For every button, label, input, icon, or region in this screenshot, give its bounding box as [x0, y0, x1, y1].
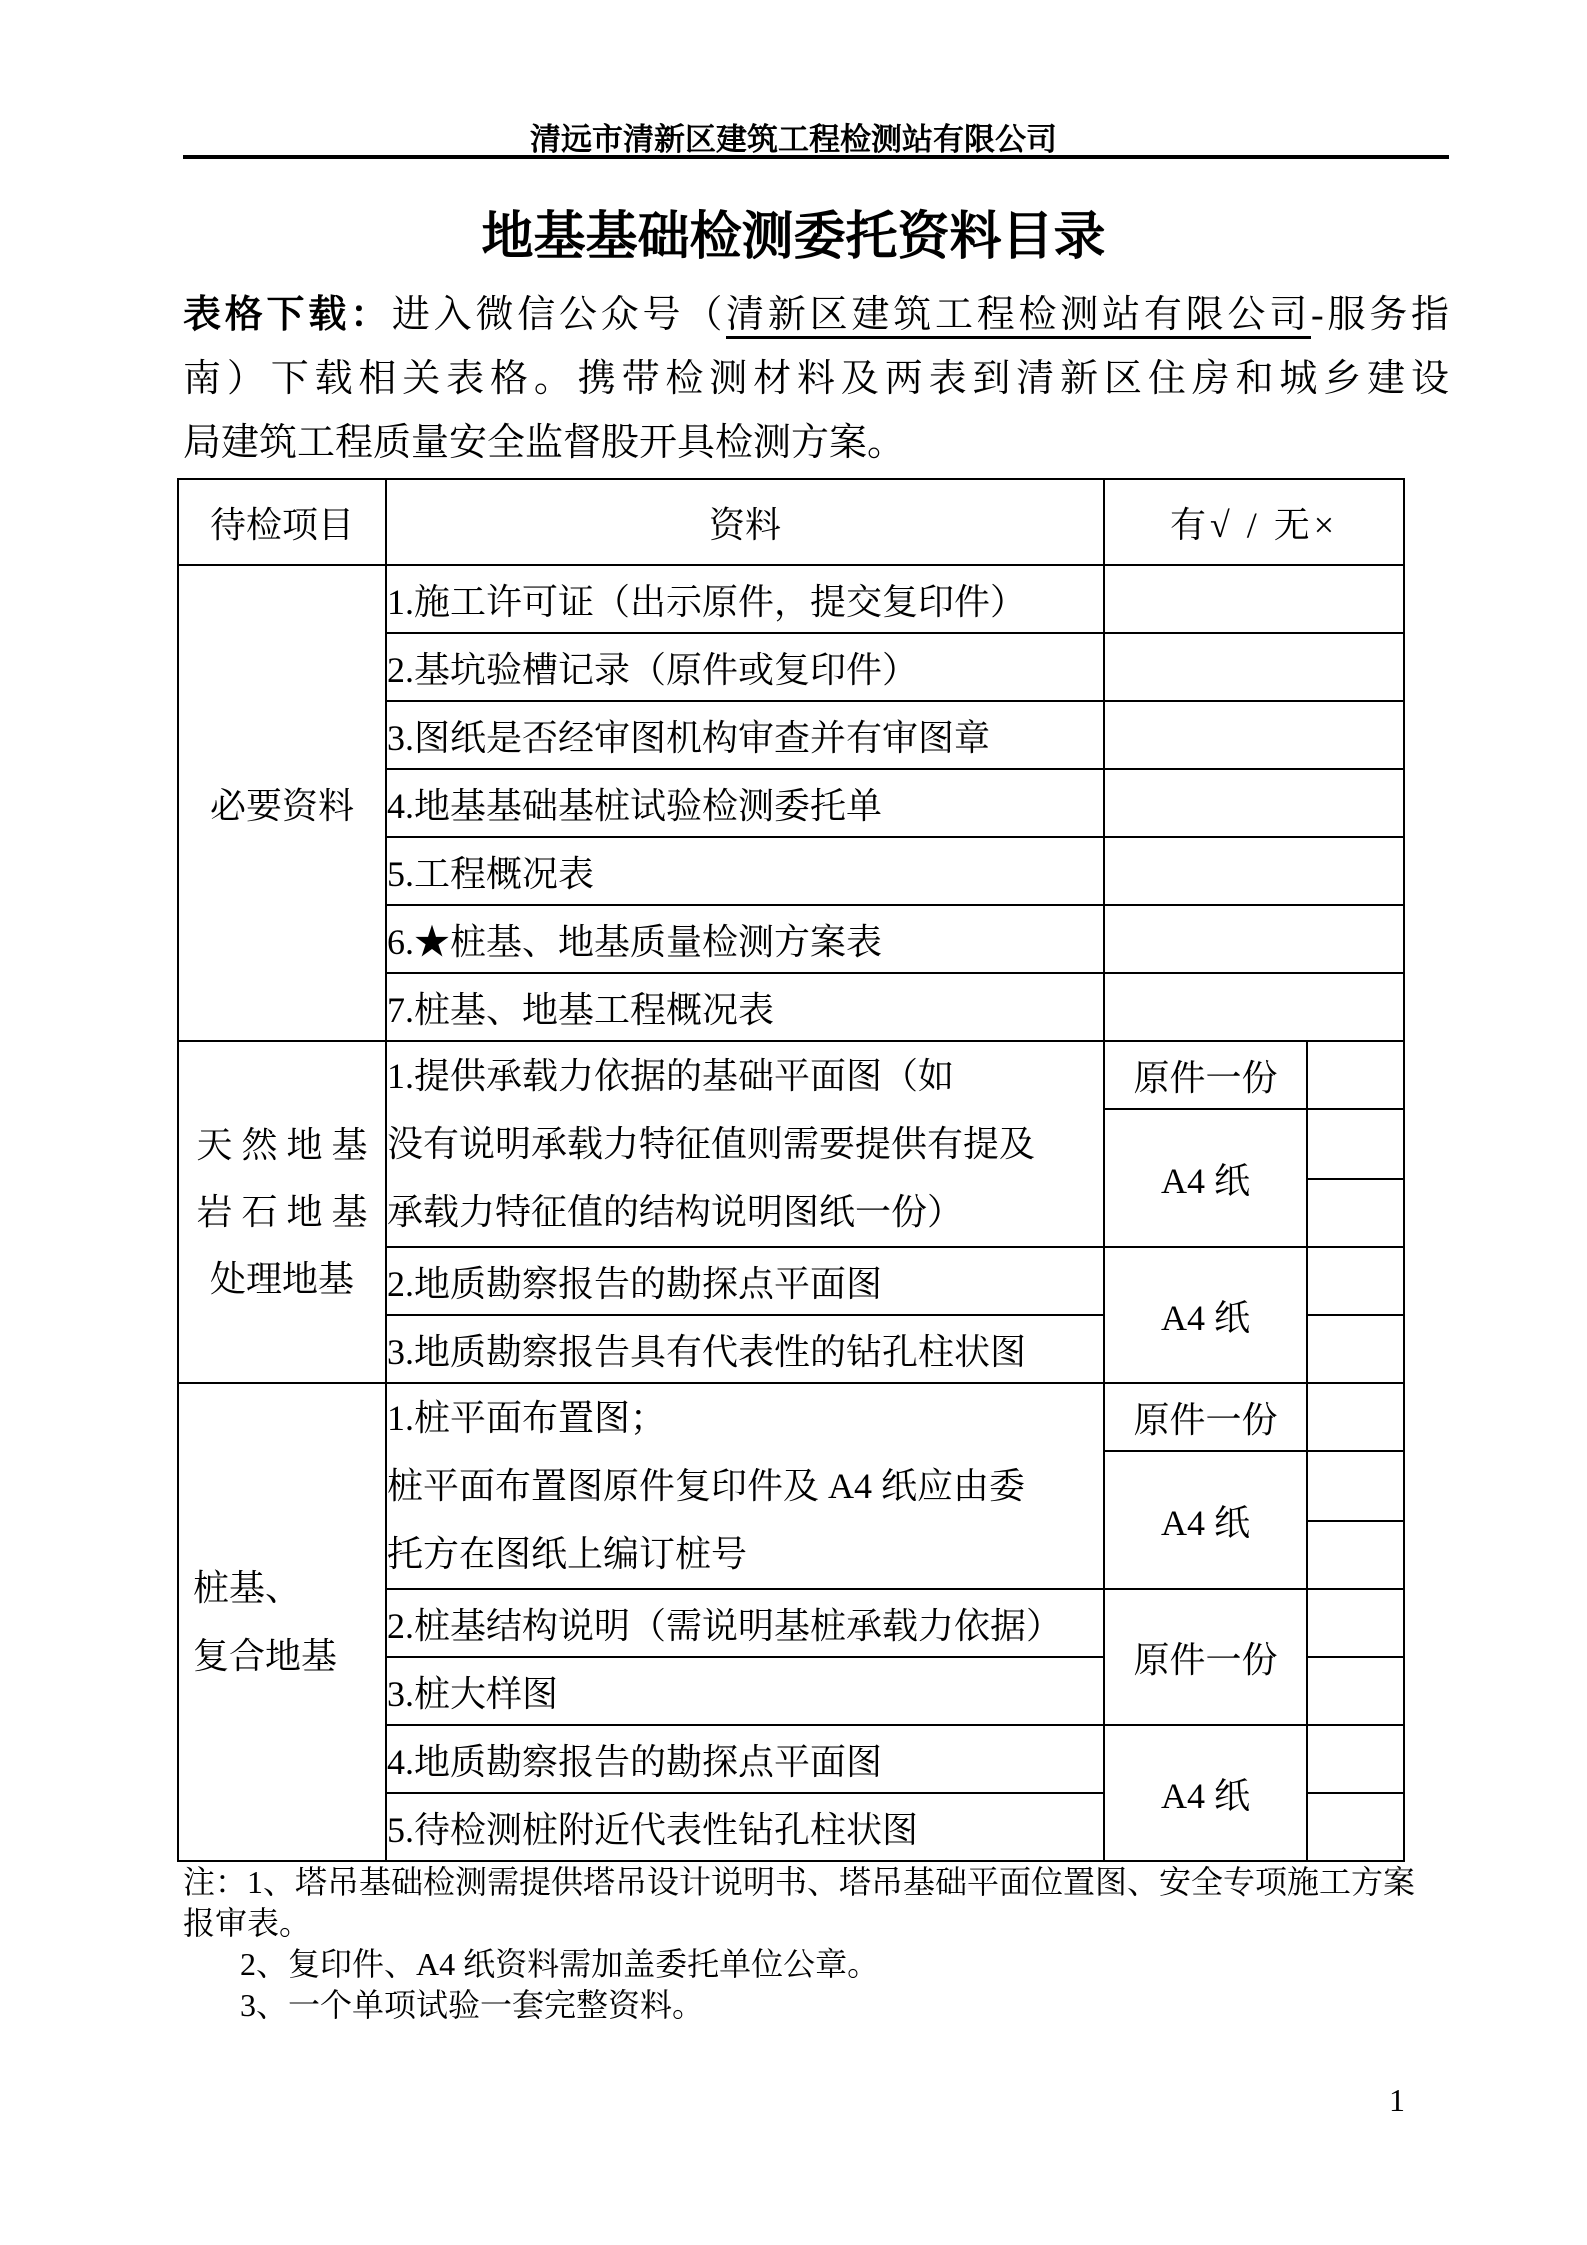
section1-item-3: 3.图纸是否经审图机构审查并有审图章	[386, 701, 1104, 769]
section2-label-line1: 天 然 地 基	[179, 1112, 385, 1179]
section3-item-1: 1.桩平面布置图； 桩平面布置图原件复印件及 A4 纸应由委 托方在图纸上编订桩…	[386, 1383, 1104, 1589]
col-header-project: 待检项目	[178, 479, 386, 565]
section3-requirement-1: 原件一份	[1104, 1383, 1307, 1451]
check-cell	[1104, 633, 1404, 701]
check-cell	[1307, 1793, 1404, 1861]
check-cell	[1104, 973, 1404, 1041]
check-cell	[1307, 1315, 1404, 1383]
note-line-2: 报审表。	[183, 1903, 1477, 1944]
section1-item-6: 6.★桩基、地基质量检测方案表	[386, 905, 1104, 973]
check-cell	[1307, 1589, 1404, 1657]
check-cell	[1307, 1109, 1404, 1179]
check-cell	[1307, 1041, 1404, 1109]
section2-requirement-3: A4 纸	[1104, 1247, 1307, 1383]
section3-item1-line3: 托方在图纸上编订桩号	[387, 1520, 1103, 1588]
section1-item-2: 2.基坑验槽记录（原件或复印件）	[386, 633, 1104, 701]
wechat-account-name: 清新区建筑工程检测站有限公司	[726, 294, 1311, 339]
section3-label-line2: 复合地基	[179, 1622, 385, 1690]
section1-item-1: 1.施工许可证（出示原件，提交复印件）	[386, 565, 1104, 633]
section2-requirement-1: 原件一份	[1104, 1041, 1307, 1109]
section2-label-line2: 岩 石 地 基	[179, 1179, 385, 1246]
materials-table: 待检项目 资料 有√ / 无× 必要资料 1.施工许可证（出示原件，提交复印件）…	[177, 478, 1405, 1862]
page-number: 1	[1389, 2082, 1405, 2119]
download-label: 表格下载：	[183, 294, 392, 336]
section3-item1-line2: 桩平面布置图原件复印件及 A4 纸应由委	[387, 1452, 1103, 1520]
section1-item-4: 4.地基基础基桩试验检测委托单	[386, 769, 1104, 837]
section3-item-4: 4.地质勘察报告的勘探点平面图	[386, 1725, 1104, 1793]
section3-label-line1: 桩基、	[179, 1554, 385, 1622]
note-line-3: 2、复印件、A4 纸资料需加盖委托单位公章。	[183, 1944, 1477, 1985]
section2-label: 天 然 地 基 岩 石 地 基 处理地基	[178, 1041, 386, 1383]
section2-requirement-2: A4 纸	[1104, 1109, 1307, 1247]
table-row: 天 然 地 基 岩 石 地 基 处理地基 1.提供承载力依据的基础平面图（如 没…	[178, 1041, 1404, 1109]
check-cell	[1104, 905, 1404, 973]
section2-item1-line1: 1.提供承载力依据的基础平面图（如	[387, 1042, 1103, 1110]
page-title: 地基基础检测委托资料目录	[0, 194, 1587, 269]
section1-item-7: 7.桩基、地基工程概况表	[386, 973, 1104, 1041]
section1-label: 必要资料	[178, 565, 386, 1041]
section3-label: 桩基、 复合地基	[178, 1383, 386, 1861]
footnotes: 注：1、塔吊基础检测需提供塔吊设计说明书、塔吊基础平面位置图、安全专项施工方案 …	[183, 1862, 1477, 2026]
section3-item-5: 5.待检测桩附近代表性钻孔柱状图	[386, 1793, 1104, 1861]
intro-line-2: 南）下载相关表格。携带检测材料及两表到清新区住房和城乡建设	[183, 347, 1449, 411]
check-cell	[1104, 837, 1404, 905]
check-cell	[1307, 1451, 1404, 1521]
section2-item-2: 2.地质勘察报告的勘探点平面图	[386, 1247, 1104, 1315]
document-page: 清远市清新区建筑工程检测站有限公司 地基基础检测委托资料目录 表格下载：进入微信…	[0, 0, 1587, 2245]
section3-requirement-2: A4 纸	[1104, 1451, 1307, 1589]
check-cell	[1104, 769, 1404, 837]
section2-item1-line2: 没有说明承载力特征值则需要提供有提及	[387, 1110, 1103, 1178]
check-cell	[1104, 701, 1404, 769]
header-rule	[183, 155, 1449, 159]
section3-item-3: 3.桩大样图	[386, 1657, 1104, 1725]
table-row: 桩基、 复合地基 1.桩平面布置图； 桩平面布置图原件复印件及 A4 纸应由委 …	[178, 1383, 1404, 1451]
intro-line1-post: -服务指	[1311, 294, 1449, 336]
section2-item-1: 1.提供承载力依据的基础平面图（如 没有说明承载力特征值则需要提供有提及 承载力…	[386, 1041, 1104, 1247]
table-row: 必要资料 1.施工许可证（出示原件，提交复印件）	[178, 565, 1404, 633]
intro-line-1: 表格下载：进入微信公众号（清新区建筑工程检测站有限公司-服务指	[183, 283, 1449, 347]
note-line-4: 3、一个单项试验一套完整资料。	[183, 1985, 1477, 2026]
intro-line-3: 局建筑工程质量安全监督股开具检测方案。	[183, 411, 1449, 475]
check-cell	[1307, 1657, 1404, 1725]
section3-item-2: 2.桩基结构说明（需说明基桩承载力依据）	[386, 1589, 1104, 1657]
check-cell	[1104, 565, 1404, 633]
note-line-1: 注：1、塔吊基础检测需提供塔吊设计说明书、塔吊基础平面位置图、安全专项施工方案	[183, 1862, 1477, 1903]
table-header-row: 待检项目 资料 有√ / 无×	[178, 479, 1404, 565]
section3-requirement-4: A4 纸	[1104, 1725, 1307, 1861]
col-header-material: 资料	[386, 479, 1104, 565]
intro-paragraph: 表格下载：进入微信公众号（清新区建筑工程检测站有限公司-服务指 南）下载相关表格…	[183, 283, 1449, 475]
section3-requirement-3: 原件一份	[1104, 1589, 1307, 1725]
check-cell	[1307, 1521, 1404, 1589]
check-cell	[1307, 1179, 1404, 1247]
intro-line1-pre: 进入微信公众号（	[392, 294, 726, 336]
section2-item1-line3: 承载力特征值的结构说明图纸一份）	[387, 1178, 1103, 1246]
section2-item-3: 3.地质勘察报告具有代表性的钻孔柱状图	[386, 1315, 1104, 1383]
col-header-check: 有√ / 无×	[1104, 479, 1404, 565]
check-cell	[1307, 1383, 1404, 1451]
section2-label-line3: 处理地基	[179, 1246, 385, 1313]
section1-item-5: 5.工程概况表	[386, 837, 1104, 905]
section3-item1-line1: 1.桩平面布置图；	[387, 1384, 1103, 1452]
company-name: 清远市清新区建筑工程检测站有限公司	[0, 114, 1587, 159]
check-cell	[1307, 1247, 1404, 1315]
check-cell	[1307, 1725, 1404, 1793]
